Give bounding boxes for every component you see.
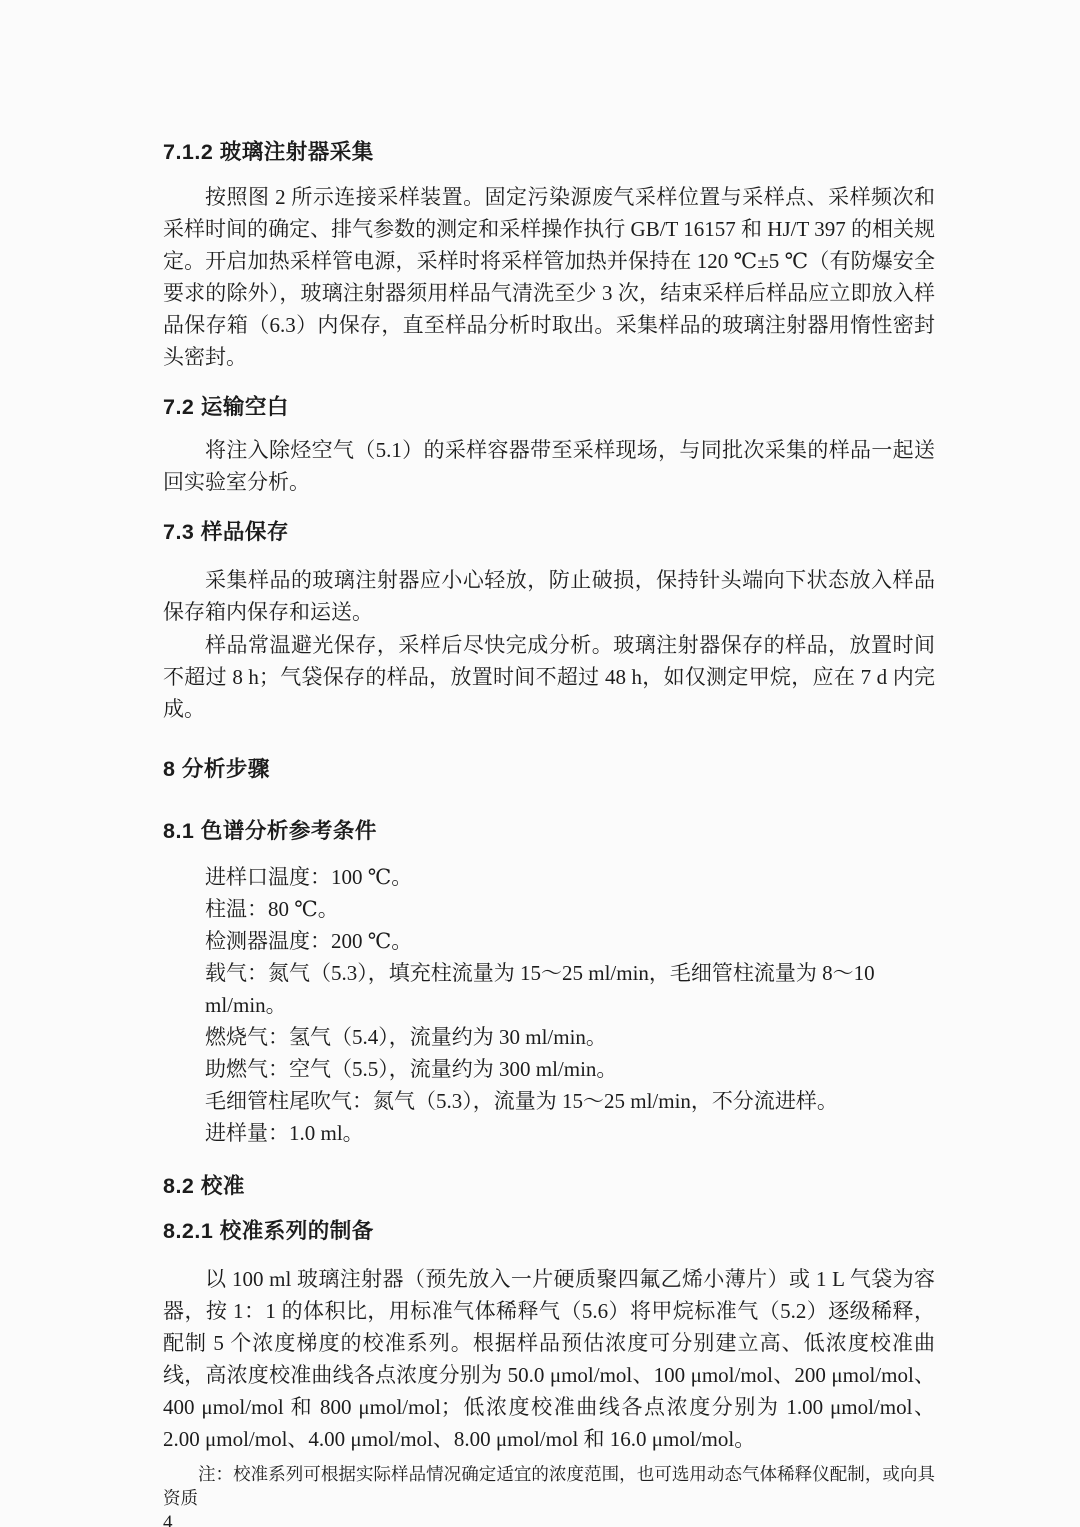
footnote-calibration-series: 注：校准系列可根据实际样品情况确定适宜的浓度范围，也可选用动态气体稀释仪配制，或… [163,1462,935,1510]
chromatography-condition-list: 进样口温度：100 ℃。 柱温：80 ℃。 检测器温度：200 ℃。 载气：氮气… [163,861,935,1149]
condition-column-temperature: 柱温：80 ℃。 [163,893,935,925]
section-heading-7-2-transport-blank: 7.2 运输空白 [163,391,935,423]
condition-oxidant-gas: 助燃气：空气（5.5），流量约为 300 ml/min。 [163,1053,935,1085]
document-page: 7.1.2 玻璃注射器采集 按照图 2 所示连接采样装置。固定污染源废气采样位置… [0,0,1080,1527]
section-heading-7-3-sample-storage: 7.3 样品保存 [163,516,935,548]
page-number: 4 [163,1512,935,1527]
condition-makeup-gas: 毛细管柱尾吹气：氮气（5.3），流量为 15～25 ml/min，不分流进样。 [163,1085,935,1117]
condition-combustion-gas: 燃烧气：氢气（5.4），流量约为 30 ml/min。 [163,1021,935,1053]
section-heading-8-1-chromatography-conditions: 8.1 色谱分析参考条件 [163,815,935,847]
paragraph-transport-blank: 将注入除烃空气（5.1）的采样容器带至采样现场，与同批次采集的样品一起送回实验室… [163,434,935,498]
paragraph-syringe-sampling-procedure: 按照图 2 所示连接采样装置。固定污染源废气采样位置与采样点、采样频次和采样时间… [163,181,935,373]
paragraph-calibration-series-preparation: 以 100 ml 玻璃注射器（预先放入一片硬质聚四氟乙烯小薄片）或 1 L 气袋… [163,1263,935,1455]
paragraph-sample-handling: 采集样品的玻璃注射器应小心轻放，防止破损，保持针头端向下状态放入样品保存箱内保存… [163,564,935,628]
section-heading-8-2-1-calibration-series: 8.2.1 校准系列的制备 [163,1215,935,1247]
condition-injection-volume: 进样量：1.0 ml。 [163,1117,935,1149]
chapter-heading-8-analysis-steps: 8 分析步骤 [163,753,935,785]
condition-inlet-temperature: 进样口温度：100 ℃。 [163,861,935,893]
condition-carrier-gas: 载气：氮气（5.3），填充柱流量为 15～25 ml/min，毛细管柱流量为 8… [163,957,935,1021]
paragraph-sample-storage-time: 样品常温避光保存，采样后尽快完成分析。玻璃注射器保存的样品，放置时间不超过 8 … [163,629,935,725]
condition-detector-temperature: 检测器温度：200 ℃。 [163,925,935,957]
section-heading-8-2-calibration: 8.2 校准 [163,1170,935,1202]
section-heading-7-1-2-glass-syringe-sampling: 7.1.2 玻璃注射器采集 [163,136,935,168]
